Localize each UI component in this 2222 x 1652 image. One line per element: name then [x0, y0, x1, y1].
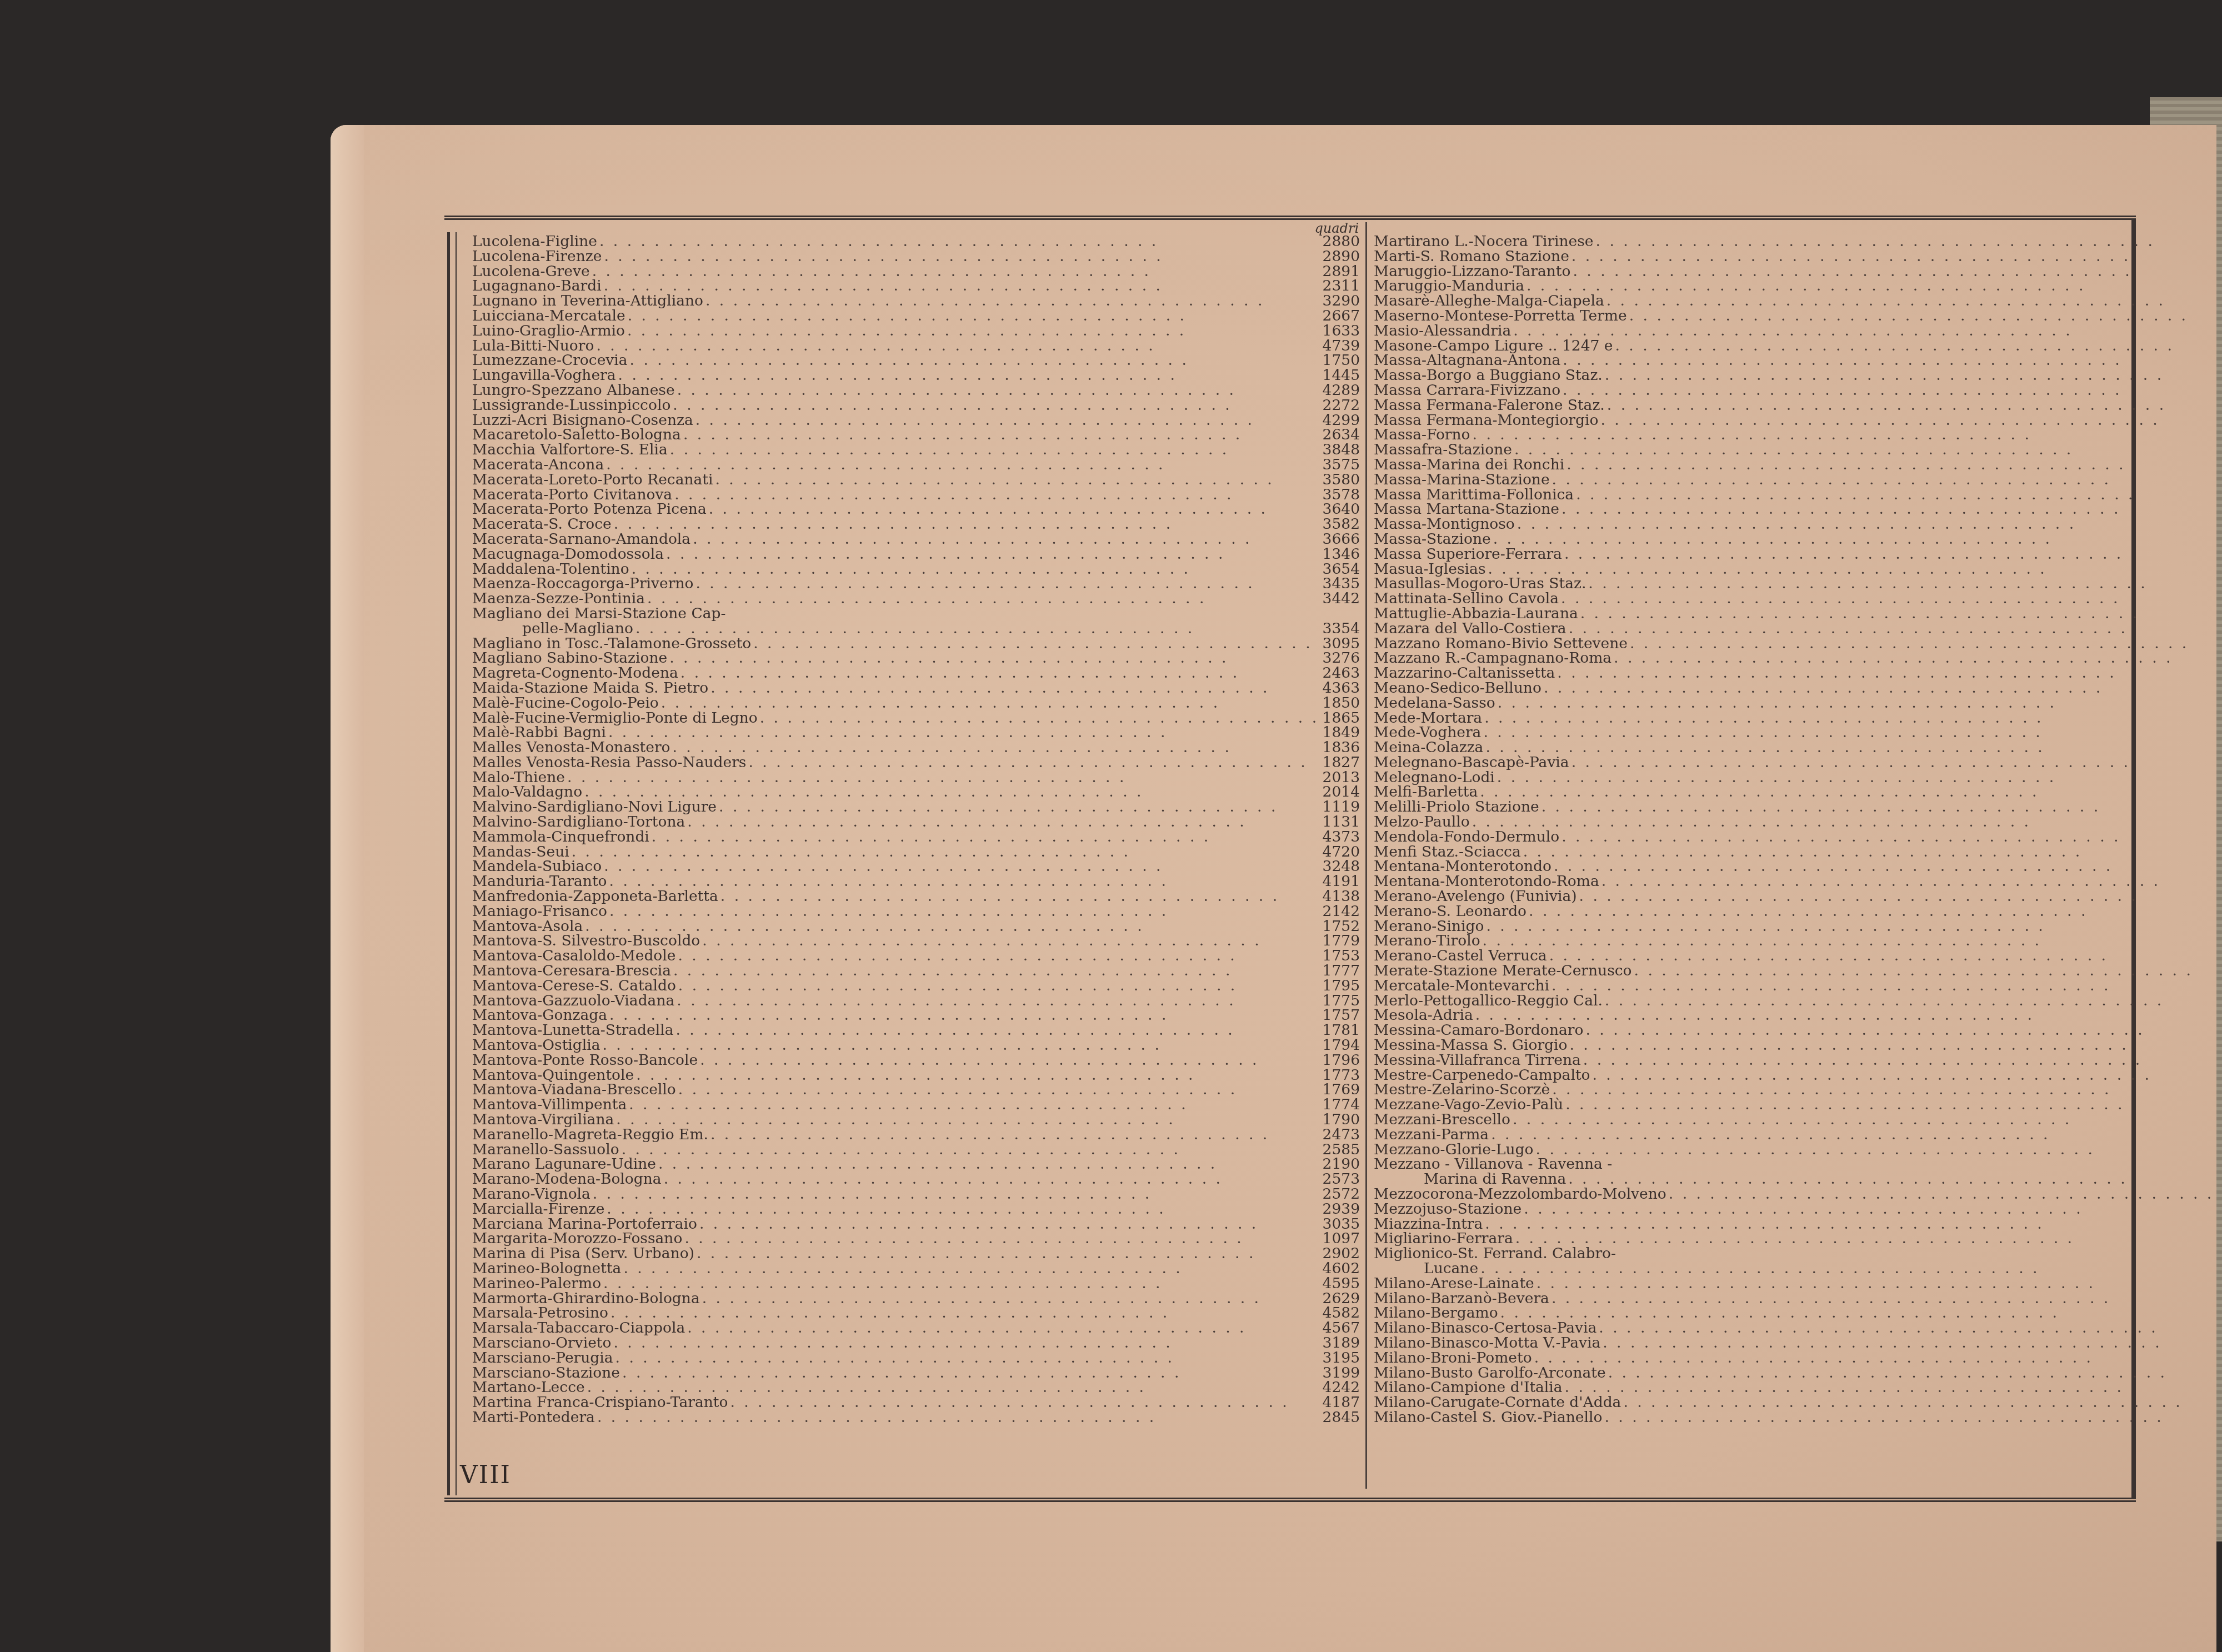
leader-dots: [1552, 1083, 2222, 1098]
quadro-number: 4720: [1321, 845, 1360, 860]
index-entry: Malvino-Sardigliano-Novi Ligure1119: [472, 800, 1360, 815]
index-entry: Mestre-Carpenedo-Campalto2130: [1374, 1068, 2222, 1083]
leader-dots: [1480, 1261, 2222, 1276]
index-entry: Malè-Rabbi Bagni1849: [472, 725, 1360, 740]
index-entry: Mantova-Ostiglia1794: [472, 1038, 1360, 1053]
index-entry: Mede-Mortara1404: [1374, 711, 2222, 726]
index-entry: Mazzano R.-Campagnano-Roma3081: [1374, 651, 2222, 666]
route-name: Mantova-Quingentole: [472, 1068, 634, 1083]
leader-dots: [629, 1098, 1319, 1113]
route-name: Martirano L.-Nocera Tirinese: [1374, 234, 1594, 249]
index-entry: Massa Fermana-Montegiorgio3675: [1374, 413, 2222, 428]
leader-dots: [1599, 1321, 2222, 1336]
route-name: Milano-Castel S. Giov.-Pianello: [1374, 1410, 1602, 1425]
index-entry: Menfi Staz.-Sciacca4563: [1374, 845, 2222, 860]
route-name: Luzzi-Acri Bisignano-Cosenza: [472, 413, 693, 428]
leader-dots: [1634, 964, 2222, 979]
index-entry: Marsala-Petrosino4582: [472, 1306, 1360, 1321]
route-name: Milano-Carugate-Cornate d'Adda: [1374, 1395, 1621, 1410]
route-name: Lungavilla-Voghera: [472, 368, 616, 383]
index-entry: Masio-Alessandria1032: [1374, 324, 2222, 339]
leader-dots: [678, 979, 1319, 994]
route-name: Mazara del Vallo-Costiera: [1374, 622, 1567, 637]
leader-dots: [1554, 859, 2222, 874]
route-name: Mesola-Adria: [1374, 1008, 1473, 1023]
route-name: Massa-Marina-Stazione: [1374, 473, 1550, 488]
route-name: Lugnano in Teverina-Attigliano: [472, 294, 703, 309]
index-entry: Maserno-Montese-Porretta Terme2616: [1374, 309, 2222, 324]
index-entry: Macaretolo-Saletto-Bologna2634: [472, 428, 1360, 443]
route-name: Melegnano-Lodi: [1374, 770, 1495, 785]
quadro-number: 4191: [1321, 874, 1360, 889]
index-entry: Masullas-Mogoro-Uras Staz.4677: [1374, 577, 2222, 592]
leader-dots: [1588, 577, 2222, 592]
leader-dots: [593, 1187, 1319, 1202]
index-entry: Maida-Stazione Maida S. Pietro4363: [472, 681, 1360, 696]
index-entry: Maniago-Frisanco2142: [472, 904, 1360, 919]
quadro-number: 3276: [1321, 651, 1360, 666]
route-name: Masua-Iglesias: [1374, 562, 1485, 577]
quadro-number: 2902: [1321, 1246, 1360, 1261]
leader-dots: [1536, 1143, 2222, 1158]
index-entry: Lussigrande-Lussinpiccolo2272: [472, 398, 1360, 413]
route-name: pelle-Magliano: [472, 622, 633, 637]
leader-dots: [1596, 234, 2222, 249]
route-name: Mezzojuso-Stazione: [1374, 1202, 1522, 1217]
leader-dots: [677, 383, 1319, 398]
route-name: Mandas-Seui: [472, 845, 569, 860]
index-entry: Massafra-Stazione4185: [1374, 443, 2222, 458]
route-name: Migliarino-Ferrara: [1374, 1232, 1513, 1246]
index-entry: Mandela-Subiaco3248: [472, 859, 1360, 874]
index-entry: Merano-Sinigo1816: [1374, 919, 2222, 934]
leader-dots: [647, 592, 1319, 607]
index-entry: Malè-Fucine-Vermiglio-Ponte di Legno1865: [472, 711, 1360, 726]
quadro-number: 3248: [1321, 859, 1360, 874]
index-entry: Lucane4077: [1374, 1261, 2222, 1276]
route-name: Lucolena-Firenze: [472, 249, 602, 264]
quadro-number: 1795: [1321, 979, 1360, 994]
leader-dots: [585, 919, 1319, 934]
route-name: Mezzane-Vago-Zevio-Palù: [1374, 1098, 1563, 1113]
leader-dots: [1475, 1008, 2222, 1023]
route-name: Milano-Arese-Lainate: [1374, 1276, 1534, 1291]
quadro-number: 3848: [1321, 443, 1360, 458]
route-name: Luicciana-Mercatale: [472, 309, 625, 324]
leader-dots: [615, 1351, 1319, 1366]
index-entry: Luicciana-Mercatale2667: [472, 309, 1360, 324]
route-name: Milano-Busto Garolfo-Arconate: [1374, 1366, 1606, 1381]
route-name: Masullas-Mogoro-Uras Staz.: [1374, 577, 1586, 592]
quadro-number: 3290: [1321, 294, 1360, 309]
leader-dots: [1544, 681, 2222, 696]
index-entry: Milano-Bergamo1506: [1374, 1306, 2222, 1321]
index-entry: Mantova-Lunetta-Stradella1781: [472, 1023, 1360, 1038]
route-name: Masone-Campo Ligure .. 1247 e: [1374, 339, 1613, 354]
route-name: Lumezzane-Crocevia: [472, 353, 628, 368]
index-entry: Luzzi-Acri Bisignano-Cosenza4299: [472, 413, 1360, 428]
route-name: Martina Franca-Crispiano-Taranto: [472, 1395, 728, 1410]
index-entry: Magliano in Tosc.-Talamone-Grosseto3095: [472, 637, 1360, 652]
quadro-number: 1097: [1321, 1232, 1360, 1246]
quadro-number: 3199: [1321, 1366, 1360, 1381]
quadro-number: 2272: [1321, 398, 1360, 413]
index-entry: Melilli-Priolo Stazione4536: [1374, 800, 2222, 815]
route-name: Macerata-Porto Potenza Picena: [472, 502, 707, 517]
route-name: Milano-Campione d'Italia: [1374, 1380, 1563, 1395]
index-entry: Mazzarino-Caltanissetta4531: [1374, 666, 2222, 681]
leader-dots: [609, 1008, 1319, 1023]
index-entry: Marina di Ravenna2701: [1374, 1172, 2222, 1187]
route-name: Milano-Broni-Pometo: [1374, 1351, 1532, 1366]
leader-dots: [748, 755, 1319, 770]
index-entry: Mantova-Casaloldo-Medole1753: [472, 949, 1360, 964]
route-name: Malè-Fucine-Cogolo-Peio: [472, 696, 659, 711]
leader-dots: [709, 502, 1319, 517]
route-name: Mede-Mortara: [1374, 711, 1482, 726]
index-entry: Marineo-Bolognetta4602: [472, 1261, 1360, 1276]
index-entry: Lungro-Spezzano Albanese4289: [472, 383, 1360, 398]
index-entry: Magreta-Cognento-Modena2463: [472, 666, 1360, 681]
leader-dots: [1529, 904, 2222, 919]
route-name: Mendola-Fondo-Dermulo: [1374, 830, 1559, 845]
route-name: Lucolena-Figline: [472, 234, 597, 249]
leader-dots: [616, 1113, 1319, 1128]
route-name: Maranello-Sassuolo: [472, 1143, 619, 1158]
leader-dots: [1607, 398, 2222, 413]
index-entry: Mezzani-Parma2399: [1374, 1128, 2222, 1143]
route-name: Merano-Avelengo (Funivia): [1374, 889, 1577, 904]
index-entry: Malo-Valdagno2014: [472, 785, 1360, 800]
quadro-number: 4739: [1321, 339, 1360, 354]
index-entry: Martano-Lecce4242: [472, 1380, 1360, 1395]
index-entry: Miazzina-Intra1363: [1374, 1217, 2222, 1232]
index-entry: Lula-Bitti-Nuoro4739: [472, 339, 1360, 354]
leader-dots: [1563, 353, 2222, 368]
page-fold-shading: [331, 125, 364, 1652]
leader-dots: [1485, 740, 2222, 755]
index-entry: Masarè-Alleghe-Malga-Ciapela1988: [1374, 294, 2222, 309]
index-entry: Marmorta-Ghirardino-Bologna2629: [472, 1291, 1360, 1306]
route-name: Meina-Colazza: [1374, 740, 1483, 755]
quadro-number: 1346: [1321, 547, 1360, 562]
leader-dots: [608, 725, 1319, 740]
route-name: Lungro-Spezzano Albanese: [472, 383, 675, 398]
route-name: Mandela-Subiaco: [472, 859, 602, 874]
route-name: Massa Fermana-Montegiorgio: [1374, 413, 1598, 428]
index-entry: Mentana-Monterotondo3067: [1374, 859, 2222, 874]
leader-dots: [584, 785, 1319, 800]
index-entry: Mattuglie-Abbazia-Laurana2263: [1374, 607, 2222, 622]
leader-dots: [1573, 264, 2222, 279]
route-name: Mantova-Cerese-S. Cataldo: [472, 979, 676, 994]
route-name: Mantova-Gonzaga: [472, 1008, 607, 1023]
leader-dots: [1485, 1217, 2222, 1232]
index-column-2: quadri Martirano L.-Nocera Tirinese4316M…: [1367, 222, 2222, 1489]
leader-dots: [1569, 622, 2222, 637]
route-name: Merano-S. Leonardo: [1374, 904, 1527, 919]
leader-dots: [1579, 889, 2222, 904]
route-name: Menfi Staz.-Sciacca: [1374, 845, 1521, 860]
quadro-number: 2629: [1321, 1291, 1360, 1306]
index-entry: Milano-Binasco-Certosa-Pavia616: [1374, 1321, 2222, 1336]
index-entry: Manfredonia-Zapponeta-Barletta4138: [472, 889, 1360, 904]
index-entry: Mattinata-Sellino Cavola4109: [1374, 592, 2222, 607]
leader-dots: [1563, 383, 2222, 398]
index-entry: Magliano Sabino-Stazione3276: [472, 651, 1360, 666]
quadro-number: 1753: [1321, 949, 1360, 964]
quadro-number: 3654: [1321, 562, 1360, 577]
leader-dots: [636, 1068, 1319, 1083]
index-entry: Margarita-Morozzo-Fossano1097: [472, 1232, 1360, 1246]
index-entry: Marsciano-Perugia3195: [472, 1351, 1360, 1366]
route-name: Melzo-Paullo: [1374, 815, 1470, 830]
quadro-number: 4602: [1321, 1261, 1360, 1276]
leader-dots: [604, 279, 1319, 294]
index-entry: Luino-Graglio-Armio1633: [472, 324, 1360, 339]
route-name: Marti-Pontedera: [472, 1410, 595, 1425]
leader-dots: [623, 1261, 1319, 1276]
route-name: Marineo-Bolognetta: [472, 1261, 621, 1276]
route-name: Mantova-Asola: [472, 919, 583, 934]
quadro-number: 1779: [1321, 934, 1360, 949]
leader-dots: [702, 1291, 1319, 1306]
route-name: Merano-Sinigo: [1374, 919, 1484, 934]
leader-dots: [710, 1128, 1319, 1143]
index-entry: Maddalena-Tolentino3654: [472, 562, 1360, 577]
index-entry: Mercatale-Montevarchi3004: [1374, 979, 2222, 994]
leader-dots: [1484, 711, 2222, 726]
quadro-number: 2890: [1321, 249, 1360, 264]
route-name: Malvino-Sardigliano-Novi Ligure: [472, 800, 717, 815]
quadro-number: 2845: [1321, 1410, 1360, 1425]
route-name: Maruggio-Manduria: [1374, 279, 1524, 294]
leader-dots: [675, 1023, 1319, 1038]
leader-dots: [673, 964, 1319, 979]
route-name: Marciana Marina-Portoferraio: [472, 1217, 697, 1232]
route-name: Marsciano-Stazione: [472, 1366, 620, 1381]
route-name: Mattinata-Sellino Cavola: [1374, 592, 1559, 607]
leader-dots: [567, 770, 1319, 785]
quadro-number: 3442: [1321, 592, 1360, 607]
index-entry: Merate-Stazione Merate-Cernusco1575: [1374, 964, 2222, 979]
route-name: Messina-Camaro-Bordonaro: [1374, 1023, 1583, 1038]
route-name: Marano-Modena-Bologna: [472, 1172, 662, 1187]
index-entry: Marsciano-Orvieto3189: [472, 1336, 1360, 1351]
leader-dots: [1552, 473, 2222, 488]
index-entry: Macerata-Ancona3575: [472, 458, 1360, 473]
index-entry: Mantova-Cerese-S. Cataldo1795: [472, 979, 1360, 994]
route-name: Lula-Bitti-Nuoro: [472, 339, 594, 354]
route-name: Mercatale-Montevarchi: [1374, 979, 1549, 994]
index-entry: Milano-Broni-Pometo1465: [1374, 1351, 2222, 1366]
index-entry: Melzo-Paullo1649: [1374, 815, 2222, 830]
route-name: Margarita-Morozzo-Fossano: [472, 1232, 682, 1246]
leader-dots: [1572, 755, 2222, 770]
leader-dots: [572, 845, 1319, 860]
leader-dots: [607, 1202, 1319, 1217]
leader-dots: [614, 517, 1319, 532]
route-name: Melegnano-Bascapè-Pavia: [1374, 755, 1569, 770]
index-entry: Mantova-Gonzaga1757: [472, 1008, 1360, 1023]
quadro-number: 2311: [1321, 279, 1360, 294]
route-name: Manfredonia-Zapponeta-Barletta: [472, 889, 718, 904]
quadro-number: 3578: [1321, 488, 1360, 503]
leader-dots: [1480, 785, 2222, 800]
route-name: Marsciano-Perugia: [472, 1351, 613, 1366]
route-name: Mammola-Cinquefrondi: [472, 830, 649, 845]
index-entry: Meano-Sedico-Belluno1989: [1374, 681, 2222, 696]
route-name: Marina di Ravenna: [1374, 1172, 1566, 1187]
quadro-number: 3035: [1321, 1217, 1360, 1232]
quadro-number: 4187: [1321, 1395, 1360, 1410]
route-name: Melfi-Barletta: [1374, 785, 1478, 800]
route-name: Marineo-Palermo: [472, 1276, 601, 1291]
leader-dots: [1473, 428, 2222, 443]
leader-dots: [1513, 1113, 2222, 1128]
route-name: Maddalena-Tolentino: [472, 562, 629, 577]
quadro-number: 1131: [1321, 815, 1360, 830]
quadro-number: 3580: [1321, 473, 1360, 488]
route-name: Massafra-Stazione: [1374, 443, 1512, 458]
quadro-number: 4567: [1321, 1321, 1360, 1336]
route-name: Malè-Rabbi Bagni: [472, 725, 606, 740]
index-entry: Maenza-Sezze-Pontinia3442: [472, 592, 1360, 607]
index-entry: Malles Venosta-Resia Passo-Nauders1827: [472, 755, 1360, 770]
quadro-number: 1119: [1321, 800, 1360, 815]
index-entry: Marineo-Palermo4595: [472, 1276, 1360, 1291]
quadro-number: 1633: [1321, 324, 1360, 339]
route-name: Mantova-Virgiliana: [472, 1113, 614, 1128]
leader-dots: [1567, 458, 2222, 473]
leader-dots: [1552, 1291, 2222, 1306]
index-entry: Mandas-Seui4720: [472, 845, 1360, 860]
leader-dots: [1472, 815, 2222, 830]
leader-dots: [693, 532, 1319, 547]
index-entry: Merano-Avelengo (Funivia)1830: [1374, 889, 2222, 904]
route-name: Lucane: [1374, 1261, 1478, 1276]
route-name: Mantova-Ponte Rosso-Bancole: [472, 1053, 698, 1068]
quadro-number: 2585: [1321, 1143, 1360, 1158]
leader-dots: [1517, 517, 2222, 532]
leader-dots: [1602, 874, 2222, 889]
quadro-number: 1773: [1321, 1068, 1360, 1083]
route-name: Massa Marittima-Follonica: [1374, 488, 1574, 503]
quadro-number: 1865: [1321, 711, 1360, 726]
leader-dots: [1565, 1380, 2222, 1395]
route-name: Macerata-Ancona: [472, 458, 604, 473]
index-entry: Mentana-Monterotondo-Roma3061: [1374, 874, 2222, 889]
index-column-1: quadri Lucolena-Figline2880Lucolena-Fire…: [466, 222, 1367, 1489]
route-name: Macaretolo-Saletto-Bologna: [472, 428, 681, 443]
quadro-number: 2473: [1321, 1128, 1360, 1143]
leader-dots: [1569, 1038, 2222, 1053]
leader-dots: [1623, 1395, 2222, 1410]
quadro-number: 2142: [1321, 904, 1360, 919]
leader-dots: [666, 547, 1319, 562]
route-name: Marsciano-Orvieto: [472, 1336, 611, 1351]
index-entry: Malles Venosta-Monastero1836: [472, 740, 1360, 755]
quadro-number: 2667: [1321, 309, 1360, 324]
index-entry: Marti-S. Romano Stazione2853: [1374, 249, 2222, 264]
index-entry: Merlo-Pettogallico-Reggio Cal.4393: [1374, 994, 2222, 1009]
route-name: Marano Lagunare-Udine: [472, 1157, 656, 1172]
route-name: Mantova-Lunetta-Stradella: [472, 1023, 673, 1038]
index-entry: Milano-Campione d'Italia1565: [1374, 1380, 2222, 1395]
index-entry: Massa Fermana-Falerone Staz.3668: [1374, 398, 2222, 413]
index-entry: Macugnaga-Domodossola1346: [472, 547, 1360, 562]
index-entry: Mammola-Cinquefrondi4373: [472, 830, 1360, 845]
index-entry: Malè-Fucine-Cogolo-Peio1850: [472, 696, 1360, 711]
route-name: Masio-Alessandria: [1374, 324, 1511, 339]
route-name: Mezzocorona-Mezzolombardo-Molveno: [1374, 1187, 1666, 1202]
index-entry: Mendola-Fondo-Dermulo1824: [1374, 830, 2222, 845]
leader-dots: [599, 234, 1319, 249]
route-name: Massa-Altagnana-Antona: [1374, 353, 1560, 368]
index-entry: Melegnano-Bascapè-Pavia1471: [1374, 755, 2222, 770]
route-name: Malo-Valdagno: [472, 785, 582, 800]
index-entry: Mazara del Vallo-Costiera4583: [1374, 622, 2222, 637]
index-entry: Mazzano Romano-Bivio Settevene3089: [1374, 637, 2222, 652]
route-name: Marano-Vignola: [472, 1187, 590, 1202]
index-entry: Melegnano-Lodi1624: [1374, 770, 2222, 785]
route-name: Massa-Montignoso: [1374, 517, 1515, 532]
quadro-number: 2891: [1321, 264, 1360, 279]
leader-dots: [1572, 249, 2222, 264]
leader-dots: [1500, 1306, 2222, 1321]
leader-dots: [1580, 607, 2222, 622]
index-entry: Lumezzane-Crocevia1750: [472, 353, 1360, 368]
leader-dots: [1493, 532, 2222, 547]
index-entry: Macerata-Loreto-Porto Recanati3580: [472, 473, 1360, 488]
leader-dots: [1523, 845, 2222, 860]
index-entry: Mantova-Quingentole1773: [472, 1068, 1360, 1083]
route-name: Mantova-Ceresara-Brescia: [472, 964, 671, 979]
quadro-number: 1794: [1321, 1038, 1360, 1053]
leader-dots: [609, 904, 1319, 919]
leader-dots: [1497, 770, 2222, 785]
leader-dots: [1630, 637, 2222, 652]
quadro-number: 1752: [1321, 919, 1360, 934]
index-entry: Marina di Pisa (Serv. Urbano)2902: [472, 1246, 1360, 1261]
leader-dots: [1605, 994, 2222, 1009]
index-entry: Macerata-Porto Potenza Picena3640: [472, 502, 1360, 517]
route-name: Malles Venosta-Resia Passo-Nauders: [472, 755, 746, 770]
route-name: Luino-Graglio-Armio: [472, 324, 625, 339]
index-entry: Mezzano-Glorie-Lugo2684: [1374, 1143, 2222, 1158]
route-name: Mazzano R.-Campagnano-Roma: [1374, 651, 1612, 666]
leader-dots: [687, 815, 1319, 830]
route-name: Milano-Binasco-Motta V.-Pavia: [1374, 1336, 1600, 1351]
route-name: Magliano in Tosc.-Talamone-Grosseto: [472, 637, 751, 652]
index-entry: Malvino-Sardigliano-Tortona1131: [472, 815, 1360, 830]
leader-dots: [1514, 443, 2222, 458]
leader-dots: [1549, 949, 2222, 964]
quadro-number: 2572: [1321, 1187, 1360, 1202]
leader-dots: [587, 1380, 1319, 1395]
leader-dots: [1629, 309, 2222, 324]
quadro-number: 3435: [1321, 577, 1360, 592]
index-entry: Maranello-Sassuolo2585: [472, 1143, 1360, 1158]
route-name: Mede-Voghera: [1374, 725, 1481, 740]
route-name: Mentana-Monterotondo-Roma: [1374, 874, 1599, 889]
quadro-number: 4138: [1321, 889, 1360, 904]
leader-dots: [627, 324, 1319, 339]
quadro-number: 2013: [1321, 770, 1360, 785]
route-name: Maserno-Montese-Porretta Terme: [1374, 309, 1627, 324]
leader-dots: [597, 1410, 1319, 1425]
quadro-number: 2190: [1321, 1157, 1360, 1172]
